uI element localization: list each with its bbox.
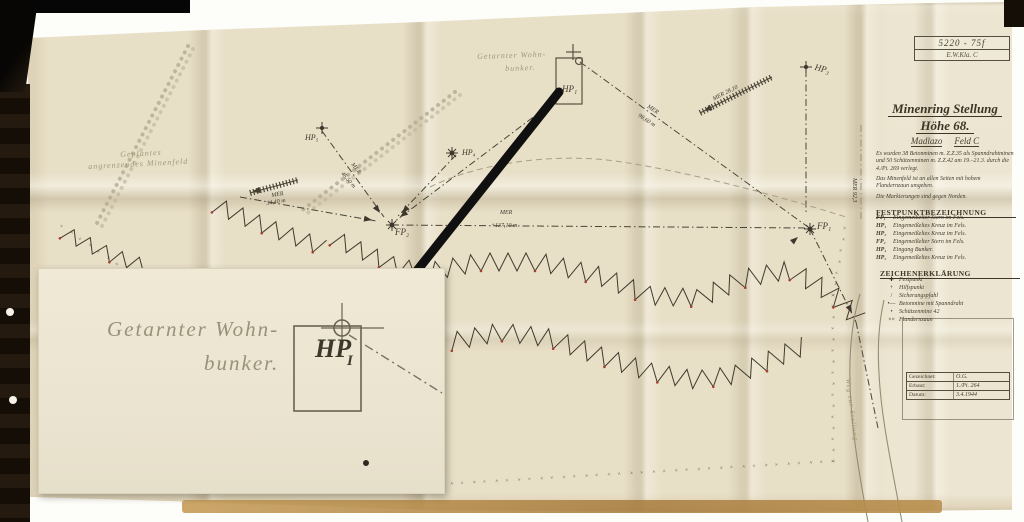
- mine-dot: [59, 237, 62, 240]
- svg-text:×: ×: [797, 461, 802, 468]
- survey-arrowhead: [364, 216, 373, 223]
- svg-text:×: ×: [78, 236, 83, 243]
- svg-text:×: ×: [831, 337, 836, 344]
- legend-item: /Sicherungspfahl: [884, 292, 1024, 300]
- svg-text:×: ×: [830, 348, 835, 355]
- map-label: bunker.: [505, 63, 536, 73]
- legend-item: +Hilfspunkt: [884, 284, 1024, 292]
- planned-minefield-chain: [95, 46, 188, 227]
- svg-text:×: ×: [741, 464, 746, 471]
- punch-hole: [6, 308, 14, 316]
- scanned-map-page: ××××××××××××××××××××××××××××××××××××××××…: [0, 0, 1024, 522]
- svg-text:×: ×: [707, 466, 712, 473]
- svg-text:×: ×: [505, 478, 510, 485]
- svg-text:×: ×: [763, 463, 768, 470]
- flandernzaun-fence: ××××××××××××××××××××××××××××××××××××: [437, 459, 835, 489]
- mine-dot: [603, 366, 606, 369]
- svg-text:×: ×: [59, 224, 64, 231]
- svg-text:×: ×: [482, 479, 487, 486]
- svg-text:×: ×: [831, 381, 836, 388]
- inset-drawing: HP I: [39, 269, 444, 493]
- festpunkt-item: FP₂Eingemeißelter Stern im Fels.: [876, 238, 1016, 246]
- festpunkt-list: FP₁Eingemeißelter Stern im Fels.HP₁Einge…: [876, 214, 1016, 262]
- festpunkt-item: HP₅Eingemeißeltes Kreuz im Fels.: [876, 254, 1016, 262]
- svg-text:×: ×: [460, 480, 465, 487]
- svg-text:×: ×: [471, 480, 476, 487]
- inset-dot: [363, 460, 369, 466]
- binder-spine: [0, 84, 30, 522]
- svg-text:×: ×: [561, 474, 566, 481]
- mine-dot: [584, 281, 587, 284]
- svg-text:×: ×: [808, 460, 813, 467]
- legend-list: ✚Festpunkt+Hilfspunkt/Sicherungspfahl•—B…: [884, 276, 1024, 324]
- svg-text:×: ×: [830, 370, 835, 377]
- svg-text:×: ×: [527, 476, 532, 483]
- svg-text:×: ×: [842, 226, 847, 233]
- svg-text:×: ×: [572, 474, 577, 481]
- mine-dot: [788, 279, 791, 282]
- mine-dot: [832, 306, 835, 309]
- mine-dot: [451, 350, 454, 353]
- survey-line: [580, 62, 808, 227]
- map-title-line1: Minenring Stellung: [874, 101, 1016, 117]
- map-label: FP₂: [395, 227, 409, 237]
- map-label: HP₅: [305, 133, 318, 142]
- mine-dot: [480, 270, 483, 273]
- planned-minefield-chain: [100, 49, 193, 230]
- svg-text:×: ×: [830, 437, 835, 444]
- festpunkt-symbol: [446, 147, 458, 159]
- svg-text:×: ×: [718, 465, 723, 472]
- svg-text:×: ×: [830, 392, 835, 399]
- survey-arrowhead: [846, 305, 855, 315]
- mine-ring-zigzag: [452, 324, 802, 388]
- svg-text:×: ×: [834, 270, 839, 277]
- svg-text:×: ×: [539, 476, 544, 483]
- pencil-boundary: [430, 158, 846, 217]
- mine-dot: [766, 370, 769, 373]
- map-label: MER: [500, 210, 512, 216]
- scan-corner-top-right: [1004, 0, 1024, 27]
- svg-text:×: ×: [838, 248, 843, 255]
- signature-row: Gezeichnet:O.G.: [907, 373, 1009, 382]
- signature-row: Datum:3.4.1944: [907, 391, 1009, 399]
- svg-text:×: ×: [837, 259, 842, 266]
- description-paragraphs: Es wurden 38 Betonminen m. Z.Z.35 als Sp…: [876, 151, 1014, 204]
- svg-text:×: ×: [449, 481, 454, 488]
- mine-dot: [634, 298, 637, 301]
- mine-dot: [501, 340, 504, 343]
- survey-line: [856, 322, 878, 428]
- mine-dot: [552, 347, 555, 350]
- svg-text:×: ×: [550, 475, 555, 482]
- map-subtitle: MadlazoFeld C: [874, 136, 1016, 146]
- mine-ring-zigzag: [60, 230, 144, 274]
- mine-ring-zigzag: [212, 201, 327, 252]
- flandernzaun-fence: ××××××××××××××××: [830, 293, 835, 466]
- planned-minefield-chain: [305, 95, 460, 215]
- survey-arrowhead: [790, 235, 800, 245]
- paper-bottom-edge: [182, 500, 942, 513]
- mine-dot: [690, 305, 693, 308]
- svg-text:×: ×: [629, 470, 634, 477]
- inset-survey-line: [349, 335, 442, 393]
- svg-text:×: ×: [729, 465, 734, 472]
- svg-text:×: ×: [831, 425, 836, 432]
- magnified-inset: Getarnter Wohn- bunker. HP I: [38, 268, 445, 494]
- festpunkt-item: HP₁Eingemeißeltes Kreuz im Fels.: [876, 222, 1016, 230]
- inset-hp-subscript: I: [346, 353, 354, 369]
- map-label: HP₄: [462, 148, 475, 157]
- map-label: FP₁: [817, 221, 831, 231]
- mine-dot: [656, 381, 659, 384]
- mine-dot: [260, 232, 263, 235]
- survey-arrowhead: [373, 205, 383, 215]
- festpunkt-item: HP₂Eingemeißeltes Kreuz im Fels.: [876, 230, 1016, 238]
- svg-text:×: ×: [584, 473, 589, 480]
- festpunkt-item: HP₄Eingang Bunker.: [876, 246, 1016, 254]
- svg-text:×: ×: [696, 467, 701, 474]
- legend-item: •Schützenmine 42: [884, 308, 1024, 316]
- mine-dot: [534, 270, 537, 273]
- paragraph: Es wurden 38 Betonminen m. Z.Z.35 als Sp…: [876, 151, 1014, 173]
- svg-text:×: ×: [831, 315, 836, 322]
- hilfspunkt-symbol: [800, 61, 812, 73]
- svg-text:×: ×: [774, 462, 779, 469]
- punch-hole: [9, 396, 17, 404]
- festpunkt-item: FP₁Eingemeißelter Stern im Fels.: [876, 214, 1016, 222]
- archive-stamp: 5220 - 75f E.W.Kla. C: [914, 36, 1010, 61]
- legend-item: •—Betonmine mit Spanndraht: [884, 300, 1024, 308]
- svg-text:×: ×: [684, 467, 689, 474]
- survey-line: [322, 131, 384, 217]
- svg-text:×: ×: [841, 237, 846, 244]
- svg-text:×: ×: [752, 463, 757, 470]
- svg-text:×: ×: [606, 472, 611, 479]
- svg-text:×: ×: [831, 448, 836, 455]
- mine-dot: [328, 244, 331, 247]
- svg-text:×: ×: [494, 478, 499, 485]
- signature-row: Erbaut:1./Pi. 264: [907, 382, 1009, 391]
- map-label: MER 92,3: [851, 178, 857, 202]
- svg-text:×: ×: [819, 459, 824, 466]
- stamp-number: 5220 - 75f: [915, 37, 1009, 50]
- svg-text:×: ×: [639, 470, 644, 477]
- svg-text:×: ×: [830, 326, 835, 333]
- survey-line: [240, 197, 376, 221]
- svg-text:×: ×: [830, 414, 835, 421]
- svg-text:×: ×: [617, 471, 622, 478]
- mine-dot: [712, 386, 715, 389]
- svg-text:×: ×: [662, 469, 667, 476]
- svg-text:×: ×: [831, 403, 836, 410]
- svg-text:×: ×: [786, 461, 791, 468]
- paragraph: Die Markierungen sind gegen Norden.: [876, 194, 1014, 201]
- mine-dot: [311, 251, 314, 254]
- mine-dot: [211, 211, 214, 214]
- map-label: +137,10 m: [491, 223, 517, 229]
- stamp-line2: E.W.Kla. C: [915, 50, 1009, 60]
- paragraph: Das Minenfeld ist an allen Seiten mit ho…: [876, 176, 1014, 191]
- mine-ring-zigzag: [430, 253, 866, 320]
- signature-table: Gezeichnet:O.G.Erbaut:1./Pi. 264Datum:3.…: [906, 372, 1010, 400]
- svg-text:×: ×: [595, 473, 600, 480]
- panel-frame: [902, 318, 1014, 420]
- svg-text:×: ×: [651, 469, 656, 476]
- map-title-line2: Höhe 68.: [874, 118, 1016, 134]
- legend-item: ✚Festpunkt: [884, 276, 1024, 284]
- mine-dot: [108, 261, 111, 264]
- mine-dot: [744, 286, 747, 289]
- svg-text:×: ×: [831, 359, 836, 366]
- svg-text:×: ×: [674, 468, 679, 475]
- svg-text:×: ×: [516, 477, 521, 484]
- map-label: HP₁: [562, 84, 577, 94]
